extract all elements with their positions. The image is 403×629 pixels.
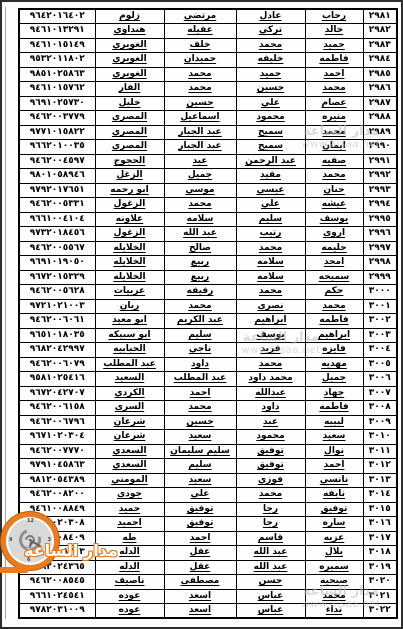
family-name-cell: السعدي	[95, 444, 164, 459]
grandfather-name-cell: عيد	[164, 154, 236, 169]
grandfather-name-cell: صالح	[164, 241, 236, 256]
grandfather-name-cell: محمد	[164, 82, 236, 97]
serial-cell: ٣٠٠٣	[363, 328, 397, 343]
father-name-cell: فوزي	[236, 473, 305, 488]
grandfather-name-cell: ربيع	[164, 270, 236, 285]
serial-cell: ٢٩٨٨	[363, 111, 397, 126]
phone-cell: ٩٨٥١٠٢٥٨٦٣	[19, 67, 95, 82]
grandfather-name-cell: عقل	[164, 560, 236, 575]
serial-cell: ٣٠١٦	[363, 517, 397, 532]
table-row: ٣٠٠٧ جهاد عبدالله احمد الكردي ٩٦٧٢٠٤٢٧٠٧	[19, 386, 397, 401]
table-row: ٣٠١٣ نانسي فوزي سعيد المومني ٩٨١٢٠٥٤٣٨٩	[19, 473, 397, 488]
grandfather-name-cell: محمد	[164, 401, 236, 416]
family-name-cell: هنداوي	[95, 24, 164, 39]
serial-cell: ٢٩٩٤	[363, 198, 397, 213]
father-name-cell: توفيق	[236, 444, 305, 459]
phone-cell: ٩٤٦١٠١٥٧٦٢	[19, 82, 95, 97]
table-row: ٢٩٩٩ سميحه سلامه ربيع الخلايله ٩٦٧٢٠١٥٣٢…	[19, 270, 397, 285]
grandfather-name-cell: حسين	[164, 415, 236, 430]
phone-cell: ٩٧٩٢٠١٧٦٥١	[19, 183, 95, 198]
first-name-cell: رحاب	[305, 9, 363, 24]
family-name-cell: الغويري	[95, 38, 164, 53]
table-row: ٣٠٠٩ لبيبه عبد حسين شرعان ٩٤٦٢٠٠٦٧٩٦	[19, 415, 397, 430]
phone-cell: ٩٤٦١٠١٥١٤٩	[19, 38, 95, 53]
father-name-cell: عبد الله	[236, 546, 305, 561]
family-name-cell: الغويري	[95, 53, 164, 68]
serial-cell: ٣٠٠٧	[363, 386, 397, 401]
father-name-cell: نصرى	[236, 299, 305, 314]
grandfather-name-cell: عبد الجبار	[164, 140, 236, 155]
serial-cell: ٣٠١٧	[363, 531, 397, 546]
first-name-cell: نوال	[305, 444, 363, 459]
serial-cell: ٢٩٩٢	[363, 169, 397, 184]
grandfather-name-cell: سليم سليمان	[164, 444, 236, 459]
father-name-cell: حسين	[236, 82, 305, 97]
father-name-cell: محمد	[236, 38, 305, 53]
first-name-cell: سميره	[305, 560, 363, 575]
first-name-cell: فاطمه	[305, 314, 363, 329]
table-row: ٢٩٨٧ عصام علي حسين خليل ٩٦٩١٠٢٥٧٣٠	[19, 96, 397, 111]
grandfather-name-cell: عبد الله	[164, 227, 236, 242]
grandfather-name-cell: محمد	[164, 198, 236, 213]
first-name-cell: حنان	[305, 183, 363, 198]
father-name-cell: محمد	[236, 357, 305, 372]
phone-cell: ٩٦٦٢٠١٠٠٣٥	[19, 140, 95, 155]
grandfather-name-cell: عقل	[164, 546, 236, 561]
grandfather-name-cell: جميل	[164, 169, 236, 184]
clock-number: 9	[9, 538, 12, 543]
phone-cell: ٩٨١٢٠٥٤٣٨٩	[19, 473, 95, 488]
serial-cell: ٣٠٠٩	[363, 415, 397, 430]
first-name-cell: صفيه	[305, 154, 363, 169]
serial-cell: ٢٩٨٤	[363, 53, 397, 68]
phone-cell: ٩٦٨٢٠٤٢٩٩٧	[19, 343, 95, 358]
family-name-cell: الزغول	[95, 198, 164, 213]
father-name-cell: عبد	[236, 415, 305, 430]
phone-cell: ٩٦٩١٠١٩٠٥٠	[19, 256, 95, 271]
family-name-cell: السعيد	[95, 372, 164, 387]
father-name-cell: سلامه	[236, 256, 305, 271]
father-name-cell: فريد	[236, 343, 305, 358]
phone-cell: ٩٦٧٢٠٤٢٧٠٧	[19, 386, 95, 401]
serial-cell: ٣٠١١	[363, 444, 397, 459]
first-name-cell: امجد	[305, 256, 363, 271]
family-name-cell: المصري	[95, 111, 164, 126]
family-name-cell: الفار	[95, 82, 164, 97]
table-row: ٢٩٩٥ يوسف سليم سلامه علاونه ٩٦٦١٠٠٤١٠٤	[19, 212, 397, 227]
father-name-cell: عباس	[236, 589, 305, 604]
first-name-cell: لبيبه	[305, 415, 363, 430]
serial-cell: ٣٠١٥	[363, 502, 397, 517]
table-row: ٢٩٨٥ احمد حميد محمد الغويري ٩٨٥١٠٢٥٨٦٣	[19, 67, 397, 82]
father-name-cell: علي	[236, 198, 305, 213]
grandfather-name-cell: عبد الكريم	[164, 314, 236, 329]
family-name-cell: الخلايله	[95, 256, 164, 271]
phone-cell: ٩٧٩١٠٤٥٨٦٣	[19, 459, 95, 474]
father-name-cell: سميح	[236, 140, 305, 155]
father-name-cell: يوسف	[236, 328, 305, 343]
logo-wordmark: مدار الساعة	[24, 541, 118, 560]
father-name-cell: تركي	[236, 24, 305, 39]
grandfather-name-cell: حسين	[164, 96, 236, 111]
phone-cell: ٩٦٦١٠٢٤٥٤١	[19, 589, 95, 604]
father-name-cell: سميح	[236, 125, 305, 140]
first-name-cell: نانسي	[305, 473, 363, 488]
grandfather-name-cell: خلف	[164, 38, 236, 53]
first-name-cell: نايفه	[305, 488, 363, 503]
serial-cell: ٣٠١٤	[363, 488, 397, 503]
family-name-cell: الخلايله	[95, 270, 164, 285]
family-name-cell: عوده	[95, 604, 164, 619]
grandfather-name-cell: محمد	[164, 67, 236, 82]
family-name-cell: زلوم	[95, 9, 164, 24]
grandfather-name-cell: موسي	[164, 183, 236, 198]
grandfather-name-cell: اسماعيل	[164, 111, 236, 126]
grandfather-name-cell: ربيع	[164, 256, 236, 271]
first-name-cell: ايمان	[305, 140, 363, 155]
first-name-cell: محمد	[305, 82, 363, 97]
first-name-cell: سميحه	[305, 270, 363, 285]
first-name-cell: محمد	[305, 169, 363, 184]
table-row: ٣٠٢١ محمد عباس اسعد عوده ٩٦٦١٠٢٤٥٤١	[19, 589, 397, 604]
father-name-cell: قاسم	[236, 531, 305, 546]
father-name-cell: محمد	[236, 488, 305, 503]
family-name-cell: الغويري	[95, 67, 164, 82]
father-name-cell: محمود	[236, 111, 305, 126]
serial-cell: ٢٩٩٠	[363, 140, 397, 155]
father-name-cell: سلامه	[236, 270, 305, 285]
family-name-cell: ريان	[95, 299, 164, 314]
phone-cell: ٩٤٦٢٠٠٦٧٩٦	[19, 415, 95, 430]
phone-cell: ٩٤٦٢٠٠٣٧٧٩	[19, 111, 95, 126]
grandfather-name-cell: داود	[164, 357, 236, 372]
father-name-cell: توفيق	[236, 459, 305, 474]
father-name-cell: عبد الله	[236, 560, 305, 575]
phone-cell: ٩٧٣٢٠١٨٤٥٦	[19, 227, 95, 242]
grandfather-name-cell: سليم	[164, 328, 236, 343]
grandfather-name-cell: سلامه	[164, 212, 236, 227]
phone-cell: ٩٤٦١٠١٣٢٩١	[19, 24, 95, 39]
grandfather-name-cell: سعيد	[164, 430, 236, 445]
phone-cell: ٩٤٦٢٠٠٥٦٢٨	[19, 285, 95, 300]
phone-cell: ٩٤٦٢٠٠٥٥٦٧	[19, 241, 95, 256]
table-row: ٣٠١٠ سعيد محمود سعيد شرعان ٩٦٧١٠٢٠٣٠٤	[19, 430, 397, 445]
father-name-cell: محمد	[236, 285, 305, 300]
first-name-cell: توفيق	[305, 502, 363, 517]
father-name-cell: محمد	[236, 241, 305, 256]
table-row: ٣٠١٢ احمد توفيق سليم السعدي ٩٧٩١٠٤٥٨٦٣	[19, 459, 397, 474]
phone-cell: ٩٥٨١٠٢٥٤١٦	[19, 372, 95, 387]
family-name-cell: الزغول	[95, 227, 164, 242]
father-name-cell: ابراهيم	[236, 314, 305, 329]
table-row: ٢٩٨١ رحاب عادل مرتضي زلوم ٩٦٤٢٠١٦٤٠٢	[19, 9, 397, 24]
first-name-cell: حميد	[305, 38, 363, 53]
family-name-cell: المصري	[95, 125, 164, 140]
father-name-cell: مفيد	[236, 169, 305, 184]
phone-cell: ٩٦٧٢٠١٥٣٢٩	[19, 270, 95, 285]
serial-cell: ٣٠٢١	[363, 589, 397, 604]
father-name-cell: محمد داود	[236, 372, 305, 387]
family-name-cell: ابو رحمه	[95, 183, 164, 198]
family-name-cell: السعدي	[95, 459, 164, 474]
first-name-cell: جميل	[305, 372, 363, 387]
first-name-cell: فاطمه	[305, 53, 363, 68]
table-row: ٣٠٠٥ مهديه محمد داود عبد المطلب ٩٤٦٢٠٠٦٠…	[19, 357, 397, 372]
father-name-cell: عبدالله	[236, 386, 305, 401]
serial-cell: ٣٠١٨	[363, 546, 397, 561]
serial-cell: ٢٩٨٢	[363, 24, 397, 39]
table-row: ٢٩٩٦ اروى رتيب عبد الله الزغول ٩٧٣٢٠١٨٤٥…	[19, 227, 397, 242]
table-row: ٣٠٠١ محمد نصرى محمد ريان ٩٧٢١٠٢١٠٠٣	[19, 299, 397, 314]
serial-cell: ٢٩٨٦	[363, 82, 397, 97]
phone-cell: ٩٦٤٢٠١٦٤٠٢	[19, 9, 95, 24]
phone-cell: ٩٦٥١٠١٨٠٣٥	[19, 328, 95, 343]
family-name-cell: السرى	[95, 401, 164, 416]
serial-cell: ٢٩٨١	[363, 9, 397, 24]
family-name-cell: الحبابيه	[95, 343, 164, 358]
serial-cell: ٣٠٠١	[363, 299, 397, 314]
serial-cell: ٣٠٢٠	[363, 575, 397, 590]
table-row: ٣٠١١ نوال توفيق سليم سليمان السعدي ٩٤٦٢٠…	[19, 444, 397, 459]
serial-cell: ٣٠٠٠	[363, 285, 397, 300]
table-row: ٢٩٨٨ منيره محمود اسماعيل المصري ٩٤٦٢٠٠٣٧…	[19, 111, 397, 126]
first-name-cell: سعيد	[305, 430, 363, 445]
family-name-cell: علاونه	[95, 212, 164, 227]
table-row: ٢٩٨٩ محمد سميح عبد الجبار المصري ٩٧٧١٠١٥…	[19, 125, 397, 140]
grandfather-name-cell: اسعد	[164, 589, 236, 604]
first-name-cell: بلال	[305, 546, 363, 561]
father-name-cell: رجا	[236, 502, 305, 517]
grandfather-name-cell: عقيله	[164, 24, 236, 39]
grandfather-name-cell: احمد	[164, 531, 236, 546]
family-name-cell: خليل	[95, 96, 164, 111]
first-name-cell: خالد	[305, 24, 363, 39]
clock-number: 12	[27, 519, 34, 524]
father-name-cell: حسن	[236, 575, 305, 590]
grandfather-name-cell: علي	[164, 488, 236, 503]
first-name-cell: محمد	[305, 299, 363, 314]
first-name-cell: محمد	[305, 589, 363, 604]
father-name-cell: رتيب	[236, 227, 305, 242]
serial-cell: ٣٠١٠	[363, 430, 397, 445]
father-name-cell: محمود	[236, 430, 305, 445]
table-row: ٣٠٠٤ فايزه فريد ناجي الحبابيه ٩٦٨٢٠٤٢٩٩٧	[19, 343, 397, 358]
serial-cell: ٣٠١٩	[363, 560, 397, 575]
logo-ribbon	[0, 567, 29, 573]
table-row: ٢٩٩٢ محمد مفيد جميل الزغل ٩٨٠١٠٥٨٩٤٦	[19, 169, 397, 184]
grandfather-name-cell: عبد الجبار	[164, 125, 236, 140]
table-row: ٣٠٠٨ فاطمه داود محمد السرى ٩٤٦٢٠٠٦١٥٨	[19, 401, 397, 416]
grandfather-name-cell: احمد	[164, 386, 236, 401]
phone-cell: ٩٤٦٢٠٠٥٣٣١	[19, 198, 95, 213]
grandfather-name-cell: توفيق	[164, 517, 236, 532]
serial-cell: ٢٩٩٦	[363, 227, 397, 242]
grandfather-name-cell: مرتضي	[164, 9, 236, 24]
family-name-cell: المصري	[95, 140, 164, 155]
father-name-cell: رجا	[236, 517, 305, 532]
madar-alsaa-logo: 12 3 6 9 مدار الساعة	[0, 500, 119, 580]
father-name-cell: حميد	[236, 67, 305, 82]
family-name-cell: الكردي	[95, 386, 164, 401]
serial-cell: ٣٠٠٥	[363, 357, 397, 372]
family-name-cell: ابو معيد	[95, 314, 164, 329]
table-row: ٢٩٨٢ خالد تركي عقيله هنداوي ٩٤٦١٠١٣٢٩١	[19, 24, 397, 39]
first-name-cell: عصام	[305, 96, 363, 111]
serial-cell: ٣٠٠٤	[363, 343, 397, 358]
table-row: ٢٩٨٤ فاطمه خليفه حميدان الغويري ٩٥٣٢٠١١٨…	[19, 53, 397, 68]
first-name-cell: ساره	[305, 517, 363, 532]
serial-cell: ٢٩٨٧	[363, 96, 397, 111]
first-name-cell: ابراهيم	[305, 328, 363, 343]
table-row: ٢٩٩١ صفيه عبد الرحمن عيد الحجوج ٩٤٦٢٠٠٤٥…	[19, 154, 397, 169]
serial-cell: ٢٩٨٣	[363, 38, 397, 53]
father-name-cell: عباس	[236, 604, 305, 619]
family-name-cell: المومني	[95, 473, 164, 488]
phone-cell: ٩٤٦٢٠٠٦٠٧٩	[19, 357, 95, 372]
serial-cell: ٣٠١٣	[363, 473, 397, 488]
phone-cell: ٩٨٠١٠٥٨٩٤٦	[19, 169, 95, 184]
table-row: ٣٠٠٣ ابراهيم يوسف سليم ابو سبيكه ٩٦٥١٠١٨…	[19, 328, 397, 343]
serial-cell: ٣٠٢٢	[363, 604, 397, 619]
grandfather-name-cell: اسعد	[164, 604, 236, 619]
phone-cell: ٩٤٦٢٠٠٦١٥٨	[19, 401, 95, 416]
phone-cell: ٩٦٦١٠٠٤١٠٤	[19, 212, 95, 227]
table-row: ٣٠٢٢ نداء عباس اسعد عوده ٩٧٨٢٠٣١٠٠٩	[19, 604, 397, 619]
first-name-cell: فايزه	[305, 343, 363, 358]
first-name-cell: جهاد	[305, 386, 363, 401]
first-name-cell: حكم	[305, 285, 363, 300]
grandfather-name-cell: مصطفى	[164, 575, 236, 590]
first-name-cell: عيشه	[305, 198, 363, 213]
table-row: ٢٩٩٧ حليمه محمد صالح الخلايله ٩٤٦٢٠٠٥٥٦٧	[19, 241, 397, 256]
phone-cell: ٩٤٦٢٠٠٤٥٩٧	[19, 154, 95, 169]
phone-cell: ٩٧٧١٠١٥٨٢٢	[19, 125, 95, 140]
phone-cell: ٩٧٢١٠٢١٠٠٣	[19, 299, 95, 314]
serial-cell: ٣٠٠٨	[363, 401, 397, 416]
family-name-cell: عربيات	[95, 285, 164, 300]
first-name-cell: احمد	[305, 67, 363, 82]
first-name-cell: نداء	[305, 604, 363, 619]
first-name-cell: صبحيه	[305, 575, 363, 590]
phone-cell: ٩٥٣٢٠١١٨٠٢	[19, 53, 95, 68]
father-name-cell: علي	[236, 96, 305, 111]
table-row: ٢٩٩٠ ايمان سميح عبد الجبار المصري ٩٦٦٢٠١…	[19, 140, 397, 155]
serial-cell: ٣٠٠٦	[363, 372, 397, 387]
serial-cell: ٢٩٨٥	[363, 67, 397, 82]
family-name-cell: عبد المطلب	[95, 357, 164, 372]
family-name-cell: ابو سبيكه	[95, 328, 164, 343]
grandfather-name-cell: توفيق	[164, 502, 236, 517]
table-row: ٢٩٩٣ حنان عيسي موسي ابو رحمه ٩٧٩٢٠١٧٦٥١	[19, 183, 397, 198]
father-name-cell: عيسي	[236, 183, 305, 198]
serial-cell: ٢٩٩٨	[363, 256, 397, 271]
scanned-list-page: { "watermark": { "site_name": "مدار السا…	[0, 0, 403, 629]
phone-cell: ٩٦٩١٠٢٥٧٣٠	[19, 96, 95, 111]
serial-cell: ٣٠٠٢	[363, 314, 397, 329]
first-name-cell: منيره	[305, 111, 363, 126]
table-row: ٣٠٠٠ حكم محمد رفيفه عربيات ٩٤٦٢٠٠٥٦٢٨	[19, 285, 397, 300]
grandfather-name-cell: ناجي	[164, 343, 236, 358]
father-name-cell: سليم	[236, 212, 305, 227]
grandfather-name-cell: عبد المطلب	[164, 372, 236, 387]
serial-cell: ٢٩٩٥	[363, 212, 397, 227]
father-name-cell: عبد الرحمن	[236, 154, 305, 169]
first-name-cell: مهديه	[305, 357, 363, 372]
first-name-cell: فاطمه	[305, 401, 363, 416]
phone-cell: ٩٦٧١٠٢٠٣٠٤	[19, 430, 95, 445]
table-row: ٢٩٩٨ امجد سلامه ربيع الخلايله ٩٦٩١٠١٩٠٥٠	[19, 256, 397, 271]
first-name-cell: احمد	[305, 459, 363, 474]
serial-cell: ٢٩٩٩	[363, 270, 397, 285]
grandfather-name-cell: سليم	[164, 459, 236, 474]
serial-cell: ٢٩٩١	[363, 154, 397, 169]
family-name-cell: الزغل	[95, 169, 164, 184]
father-name-cell: خليفه	[236, 53, 305, 68]
table-row: ٣٠٠٦ جميل محمد داود عبد المطلب السعيد ٩٥…	[19, 372, 397, 387]
phone-cell: ٩٤٦٢٠٠٦٠٦١	[19, 314, 95, 329]
table-row: ٢٩٩٤ عيشه علي محمد الزغول ٩٤٦٢٠٠٥٣٣١	[19, 198, 397, 213]
family-name-cell: شرعان	[95, 430, 164, 445]
first-name-cell: عزيه	[305, 531, 363, 546]
first-name-cell: محمد	[305, 125, 363, 140]
family-name-cell: شرعان	[95, 415, 164, 430]
grandfather-name-cell: محمد	[164, 299, 236, 314]
father-name-cell: عادل	[236, 9, 305, 24]
first-name-cell: يوسف	[305, 212, 363, 227]
family-name-cell: عوده	[95, 589, 164, 604]
serial-cell: ٣٠١٢	[363, 459, 397, 474]
father-name-cell: داود	[236, 401, 305, 416]
phone-cell: ٩٧٨٢٠٣١٠٠٩	[19, 604, 95, 619]
grandfather-name-cell: حميدان	[164, 53, 236, 68]
family-name-cell: الحجوج	[95, 154, 164, 169]
serial-cell: ٢٩٩٧	[363, 241, 397, 256]
serial-cell: ٢٩٨٩	[363, 125, 397, 140]
phone-cell: ٩٤٦٢٠٠٧٧٧٠	[19, 444, 95, 459]
table-row: ٣٠٠٢ فاطمه ابراهيم عبد الكريم ابو معيد ٩…	[19, 314, 397, 329]
first-name-cell: حليمه	[305, 241, 363, 256]
family-name-cell: الخلايله	[95, 241, 164, 256]
first-name-cell: اروى	[305, 227, 363, 242]
table-row: ٢٩٨٣ حميد محمد خلف الغويري ٩٤٦١٠١٥١٤٩	[19, 38, 397, 53]
serial-cell: ٢٩٩٣	[363, 183, 397, 198]
grandfather-name-cell: رفيفه	[164, 285, 236, 300]
table-row: ٢٩٨٦ محمد حسين محمد الفار ٩٤٦١٠١٥٧٦٢	[19, 82, 397, 97]
grandfather-name-cell: سعيد	[164, 473, 236, 488]
